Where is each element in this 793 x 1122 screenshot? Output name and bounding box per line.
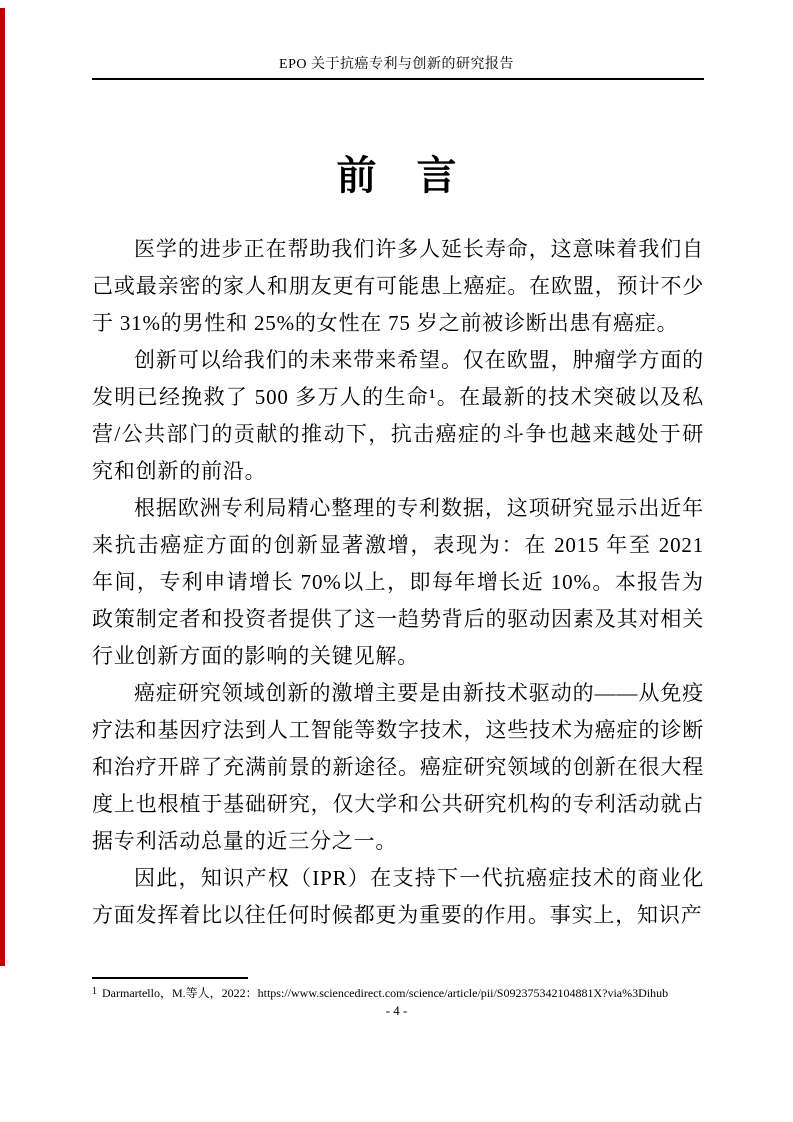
- page-title: 前 言: [0, 144, 793, 201]
- document-page: EPO 关于抗癌专利与创新的研究报告 前 言 医学的进步正在帮助我们许多人延长寿…: [0, 0, 793, 1122]
- paragraph-2: 创新可以给我们的未来带来希望。仅在欧盟，肿瘤学方面的发明已经挽救了 500 多万…: [92, 342, 704, 490]
- paragraph-4: 癌症研究领域创新的激增主要是由新技术驱动的——从免疫疗法和基因疗法到人工智能等数…: [92, 675, 704, 860]
- page-number: - 4 -: [0, 1003, 793, 1019]
- header-divider-line: [92, 78, 704, 80]
- footnote: 1Darmartello，M.等人，2022：https://www.scien…: [92, 983, 712, 1002]
- footnote-divider-line: [92, 977, 248, 979]
- paragraph-1: 医学的进步正在帮助我们许多人延长寿命，这意味着我们自己或最亲密的家人和朋友更有可…: [92, 231, 704, 342]
- paragraph-5: 因此，知识产权（IPR）在支持下一代抗癌症技术的商业化方面发挥着比以往任何时候都…: [92, 860, 704, 934]
- paragraph-3: 根据欧洲专利局精心整理的专利数据，这项研究显示出近年来抗击癌症方面的创新显著激增…: [92, 490, 704, 675]
- footnote-marker: 1: [92, 986, 97, 997]
- running-header-title: EPO 关于抗癌专利与创新的研究报告: [0, 53, 793, 73]
- footnote-text: Darmartello，M.等人，2022：https://www.scienc…: [102, 986, 668, 1000]
- body-text-block: 医学的进步正在帮助我们许多人延长寿命，这意味着我们自己或最亲密的家人和朋友更有可…: [92, 231, 704, 934]
